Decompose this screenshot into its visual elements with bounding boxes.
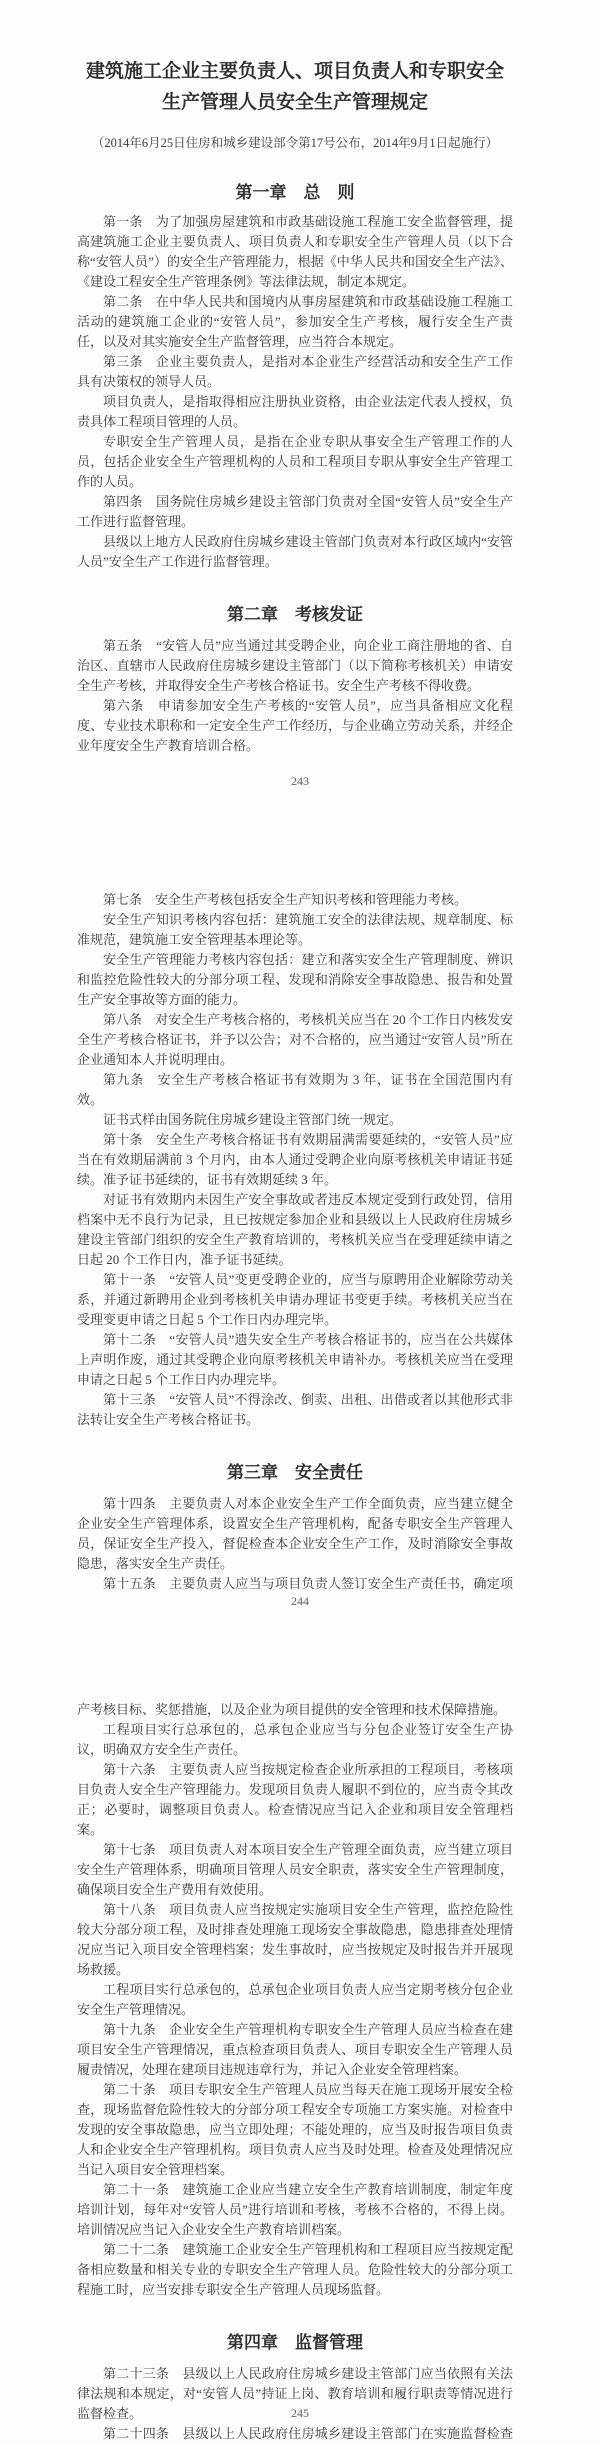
paragraph: 第十九条 企业安全生产管理机构专职安全生产管理人员应当检查在建项目安全生产管理情… [77,2020,513,2080]
chapter-heading: 第一章 总 则 [77,182,513,204]
paragraph: 工程项目实行总承包的，总承包企业应当与分包企业签订安全生产协议，明确双方安全生产… [77,1720,513,1760]
paragraph: 第十六条 主要负责人应当按规定检查企业所承担的工程项目，考核项目负责人安全生产管… [77,1760,513,1840]
paragraph: 第七条 安全生产考核包括安全生产知识考核和管理能力考核。 [77,890,513,910]
page-number: 245 [0,2405,600,2421]
paragraph: 第八条 对安全生产考核合格的，考核机关应当在 20 个工作日内核发安全生产考核合… [77,1010,513,1070]
paragraph: 第十四条 主要负责人对本企业安全生产工作全面负责，应当建立健全企业安全生产管理体… [77,1494,513,1574]
paragraph: 项目负责人，是指取得相应注册执业资格，由企业法定代表人授权，负责具体工程项目管理… [77,392,513,432]
chapter-heading: 第二章 考核发证 [77,604,513,626]
paragraph: 专职安全生产管理人员，是指在企业专职从事安全生产管理工作的人员，包括企业安全生产… [77,432,513,492]
document-title: 建筑施工企业主要负责人、项目负责人和专职安全生产管理人员安全生产管理规定 [77,56,513,118]
paragraph: 第二十条 项目专职安全生产管理人员应当每天在施工现场开展安全检查，现场监督危险性… [77,2080,513,2180]
paragraph: 县级以上地方人民政府住房城乡建设主管部门负责对本行政区域内“安管人员”安全生产工… [77,532,513,572]
paragraph: 第十二条 “安管人员”遗失安全生产考核合格证书的，应当在公共媒体上声明作废，通过… [77,1330,513,1390]
paragraph: 第三条 企业主要负责人，是指对本企业生产经营活动和安全生产工作具有决策权的领导人… [77,352,513,392]
paragraph: 第二十四条 县级以上人民政府住房城乡建设主管部门在实施监督检查时，应当 [77,2424,513,2443]
paragraph: 第九条 安全生产考核合格证书有效期为 3 年，证书在全国范围内有效。 [77,1070,513,1110]
paragraph: 第十条 安全生产考核合格证书有效期届满需要延续的，“安管人员”应当在有效期届满前… [77,1130,513,1190]
paragraph: 第四条 国务院住房城乡建设主管部门负责对全国“安管人员”安全生产工作进行监督管理… [77,492,513,532]
document-page-1: 建筑施工企业主要负责人、项目负责人和专职安全生产管理人员安全生产管理规定 （20… [0,0,600,835]
paragraph: 第五条 “安管人员”应当通过其受聘企业，向企业工商注册地的省、自治区、直辖市人民… [77,636,513,696]
regulation-document: 建筑施工企业主要负责人、项目负责人和专职安全生产管理人员安全生产管理规定 （20… [0,0,600,2443]
paragraph: 第二十一条 建筑施工企业应当建立安全生产教育培训制度，制定年度培训计划，每年对“… [77,2180,513,2240]
document-page-2: 第七条 安全生产考核包括安全生产知识考核和管理能力考核。 安全生产知识考核内容包… [0,835,600,1650]
paragraph: 第十八条 项目负责人应当按规定实施项目安全生产管理，监控危险性较大分部分项工程，… [77,1900,513,1980]
paragraph: 第二条 在中华人民共和国境内从事房屋建筑和市政基础设施工程施工活动的建筑施工企业… [77,292,513,352]
paragraph: 第十一条 “安管人员”变更受聘企业的，应当与原聘用企业解除劳动关系，并通过新聘用… [77,1270,513,1330]
paragraph: 第十五条 主要负责人应当与项目负责人签订安全生产责任书，确定项目安全生 [77,1574,513,1594]
paragraph: 安全生产知识考核内容包括：建筑施工安全的法律法规、规章制度、标准规范，建筑施工安… [77,910,513,950]
chapter-heading: 第三章 安全责任 [77,1462,513,1484]
paragraph: 第一条 为了加强房屋建筑和市政基础设施工程施工安全监督管理，提高建筑施工企业主要… [77,212,513,292]
paragraph: 第二十二条 建筑施工企业安全生产管理机构和工程项目应当按规定配备相应数量和相关专… [77,2240,513,2300]
paragraph: 第十三条 “安管人员”不得涂改、倒卖、出租、出借或者以其他形式非法转让安全生产考… [77,1390,513,1430]
paragraph: 对证书有效期内未因生产安全事故或者违反本规定受到行政处罚，信用档案中无不良行为记… [77,1190,513,1270]
paragraph: 工程项目实行总承包的，总承包企业项目负责人应当定期考核分包企业安全生产管理情况。 [77,1980,513,2020]
page-number: 244 [0,1593,600,1609]
chapter-heading: 第四章 监督管理 [77,2332,513,2354]
paragraph: 安全生产管理能力考核内容包括：建立和落实安全生产管理制度、辨识和监控危险性较大的… [77,950,513,1010]
document-page-3: 产考核目标、奖惩措施，以及企业为项目提供的安全管理和技术保障措施。 工程项目实行… [0,1650,600,2443]
paragraph: 第六条 申请参加安全生产考核的“安管人员”，应当具备相应文化程度、专业技术职称和… [77,696,513,756]
page-number: 243 [0,773,600,789]
paragraph: 第十七条 项目负责人对本项目安全生产管理全面负责，应当建立项目安全生产管理体系，… [77,1840,513,1900]
document-subtitle: （2014年6月25日住房和城乡建设部令第17号公布，2014年9月1日起施行） [77,134,513,152]
paragraph: 产考核目标、奖惩措施，以及企业为项目提供的安全管理和技术保障措施。 [77,1700,513,1720]
paragraph: 证书式样由国务院住房城乡建设主管部门统一规定。 [77,1110,513,1130]
